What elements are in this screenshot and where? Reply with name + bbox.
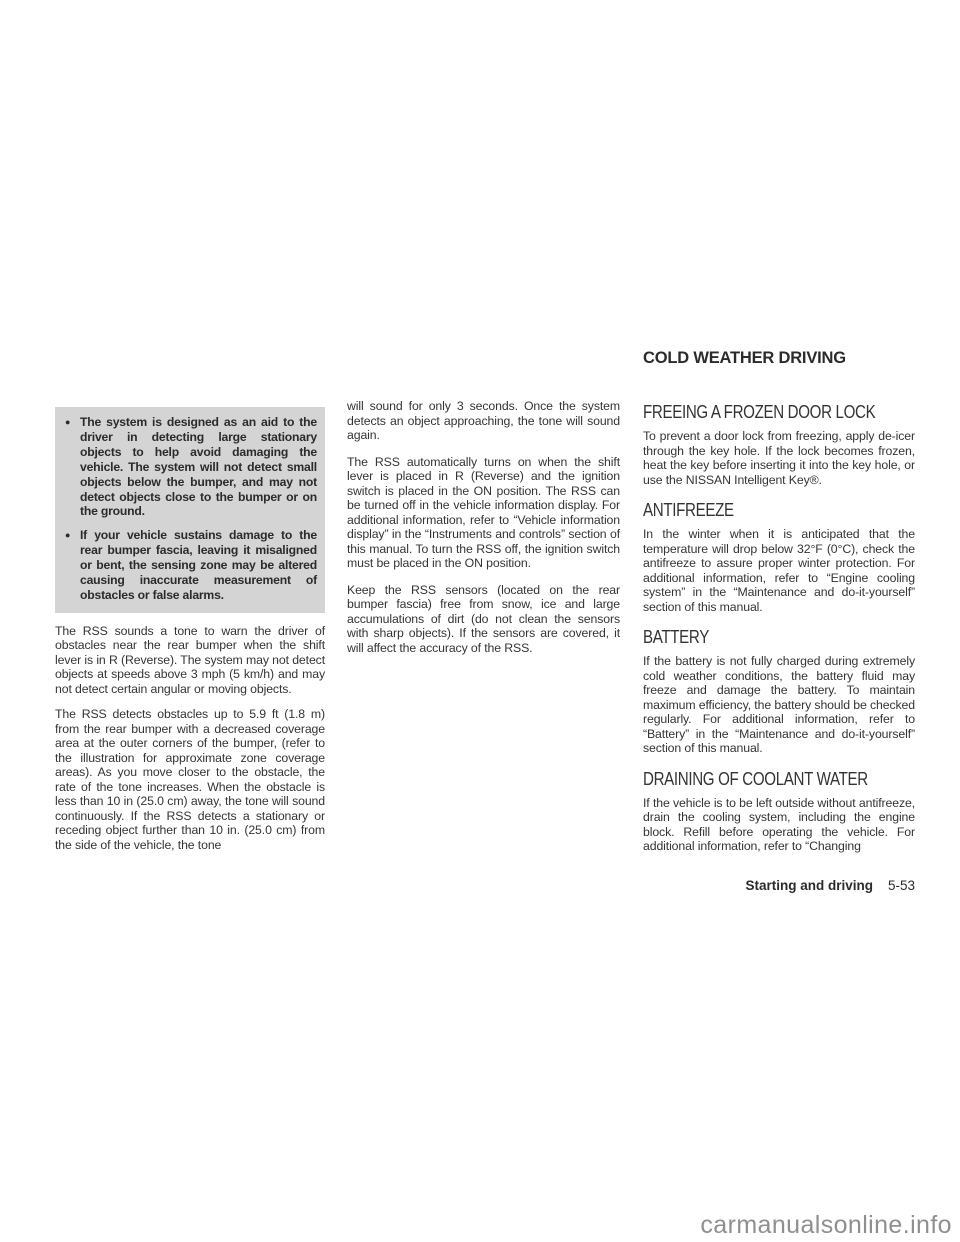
section-heading: BATTERY bbox=[643, 627, 871, 647]
column-right: FREEING A FROZEN DOOR LOCK To prevent a … bbox=[643, 402, 915, 864]
column-left: ● The system is designed as an aid to th… bbox=[55, 407, 325, 863]
page-footer: Starting and driving5-53 bbox=[745, 878, 915, 893]
warning-bullet: ● If your vehicle sustains damage to the… bbox=[63, 528, 317, 603]
body-paragraph: The RSS detects obstacles up to 5.9 ft (… bbox=[55, 707, 325, 852]
footer-page-number: 5-53 bbox=[888, 878, 915, 893]
body-paragraph: In the winter when it is anticipated tha… bbox=[643, 527, 915, 614]
body-paragraph: To prevent a door lock from freezing, ap… bbox=[643, 429, 915, 487]
body-paragraph: Keep the RSS sensors (located on the rea… bbox=[347, 583, 620, 656]
section-heading: DRAINING OF COOLANT WATER bbox=[643, 769, 871, 789]
warning-bullet-text: If your vehicle sustains damage to the r… bbox=[80, 528, 317, 603]
column-middle: will sound for only 3 seconds. Once the … bbox=[347, 399, 620, 667]
warning-box: ● The system is designed as an aid to th… bbox=[55, 407, 325, 613]
watermark-text: carmanualsonline.info bbox=[700, 1211, 952, 1240]
warning-bullet: ● The system is designed as an aid to th… bbox=[63, 415, 317, 519]
body-paragraph: If the battery is not fully charged duri… bbox=[643, 654, 915, 756]
body-paragraph: If the vehicle is to be left outside wit… bbox=[643, 796, 915, 854]
section-heading: FREEING A FROZEN DOOR LOCK bbox=[643, 402, 871, 422]
warning-bullet-text: The system is designed as an aid to the … bbox=[80, 415, 317, 519]
bullet-icon: ● bbox=[63, 528, 80, 603]
body-paragraph: The RSS automatically turns on when the … bbox=[347, 455, 620, 571]
section-heading: ANTIFREEZE bbox=[643, 500, 871, 520]
chapter-heading: COLD WEATHER DRIVING bbox=[643, 349, 846, 368]
manual-page: COLD WEATHER DRIVING ● The system is des… bbox=[0, 0, 960, 1242]
section-battery: BATTERY If the battery is not fully char… bbox=[643, 627, 915, 756]
bullet-icon: ● bbox=[63, 415, 80, 519]
section-antifreeze: ANTIFREEZE In the winter when it is anti… bbox=[643, 500, 915, 614]
body-paragraph: will sound for only 3 seconds. Once the … bbox=[347, 399, 620, 443]
section-freeing-a-frozen-door-lock: FREEING A FROZEN DOOR LOCK To prevent a … bbox=[643, 402, 915, 487]
section-draining-of-coolant-water: DRAINING OF COOLANT WATER If the vehicle… bbox=[643, 769, 915, 854]
footer-section-label: Starting and driving bbox=[745, 878, 873, 893]
body-paragraph: The RSS sounds a tone to warn the driver… bbox=[55, 624, 325, 697]
